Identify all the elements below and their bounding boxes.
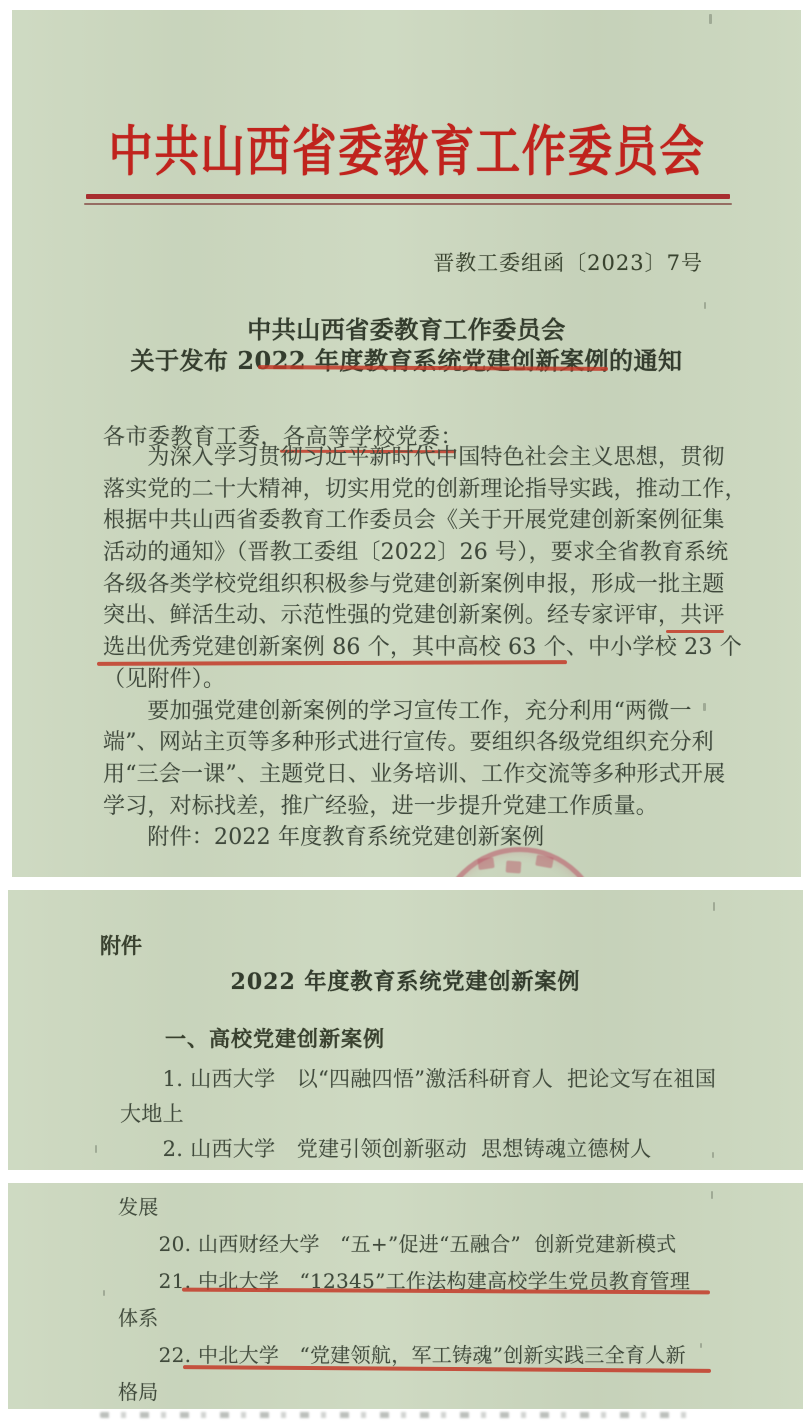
text-line: 要加强党建创新案例的学习宣传工作，充分利用“两微一 <box>103 696 733 728</box>
text-line: 选出优秀党建创新案例 86 个，其中高校 63 个、中小学校 23 个 <box>103 632 733 664</box>
scan-speck <box>704 302 706 309</box>
text-line: 落实党的二十大精神，切实用党的创新理论指导实践，推动工作， <box>103 474 733 506</box>
text-line: 格局 <box>118 1374 690 1409</box>
text-line: 大地上 <box>120 1097 716 1132</box>
text-line: 用“三会一课”、主题党日、业务培训、工作交流等多种形式开展 <box>103 759 733 791</box>
scan-speck <box>703 703 706 711</box>
text-line: 突出、鲜活生动、示范性强的党建创新案例。经专家评审，共评 <box>103 600 733 632</box>
scan-speck <box>707 455 709 461</box>
notice-body-text: 为深入学习贯彻习近平新时代中国特色社会主义思想，贯彻落实党的二十大精神，切实用党… <box>103 442 733 854</box>
case-list-continued: 发展 20. 山西财经大学 “五+”促进“五融合” 创新党建新模式 21. 中北… <box>118 1189 690 1409</box>
seal-character-fragment <box>477 857 494 870</box>
scan-speck <box>709 14 712 24</box>
text-line: 学习，对标找差，推广经验，进一步提升党建工作质量。 <box>103 791 733 823</box>
scan-page-1: 中共山西省委教育工作委员会 晋教工委组函〔2023〕7号 中共山西省委教育工作委… <box>12 10 801 877</box>
text-line: 1. 山西大学 以“四融四悟”激活科研育人 把论文写在祖国 <box>120 1062 716 1097</box>
scan-speck <box>95 1145 97 1153</box>
text-line: 20. 山西财经大学 “五+”促进“五融合” 创新党建新模式 <box>118 1226 690 1263</box>
text-line: （见附件）。 <box>103 664 733 696</box>
scan-speck <box>103 1290 105 1296</box>
text-line: 附件：2022 年度教育系统党建创新案例 <box>103 822 733 854</box>
scan-speck <box>713 902 715 911</box>
attachment-title: 2022 年度教育系统党建创新案例 <box>8 965 803 996</box>
text-line: 各级各类学校党组织积极参与党建创新案例申报，形成一批主题 <box>103 569 733 601</box>
scan-page-2: 附件 2022 年度教育系统党建创新案例 一、高校党建创新案例 1. 山西大学 … <box>8 890 803 1170</box>
text-line: 21. 中北大学 “12345”工作法构建高校学生党员教育管理 <box>118 1263 690 1300</box>
notice-title-line-2: 关于发布 2022 年度教育系统党建创新案例的通知 <box>12 341 801 376</box>
document-number: 晋教工委组函〔2023〕7号 <box>433 247 703 277</box>
letterhead-rule-thick <box>86 194 730 199</box>
annotation-underline-gongping <box>666 630 724 633</box>
letterhead-rule-thin <box>84 203 732 205</box>
attachment-label: 附件 <box>100 930 142 960</box>
text-line: 2. 山西大学 党建引领创新驱动 思想铸魂立德树人 <box>120 1132 716 1167</box>
text-line: 为深入学习贯彻习近平新时代中国特色社会主义思想，贯彻 <box>103 442 733 474</box>
text-line: 体系 <box>118 1300 690 1337</box>
seal-character-fragment <box>506 860 522 873</box>
scanned-notice-document: 中共山西省委教育工作委员会 晋教工委组函〔2023〕7号 中共山西省委教育工作委… <box>0 0 811 1424</box>
scan-speck <box>711 1191 713 1199</box>
scan-speck <box>700 1343 702 1348</box>
scan-speck <box>712 770 714 776</box>
red-letterhead-title: 中共山西省委教育工作委员会 <box>12 120 801 182</box>
text-line: 活动的通知》（晋教工委组〔2022〕26 号），要求全省教育系统 <box>103 537 733 569</box>
red-letterhead-text: 中共山西省委教育工作委员会 <box>108 120 705 182</box>
text-line: 端”、网站主页等多种形式进行宣传。要组织各级党组织充分利 <box>103 727 733 759</box>
text-line: 根据中共山西省委教育工作委员会《关于开展党建创新案例征集 <box>103 505 733 537</box>
scan-speck <box>712 1152 714 1158</box>
notice-title-line-1: 中共山西省委教育工作委员会 <box>12 310 801 345</box>
section-one-heading: 一、高校党建创新案例 <box>165 1023 385 1053</box>
text-line: 发展 <box>118 1189 690 1226</box>
case-list: 1. 山西大学 以“四融四悟”激活科研育人 把论文写在祖国大地上 2. 山西大学… <box>120 1062 716 1167</box>
scan-page-3: 发展 20. 山西财经大学 “五+”促进“五融合” 创新党建新模式 21. 中北… <box>8 1183 803 1409</box>
cutoff-text-fragments <box>100 1412 700 1418</box>
